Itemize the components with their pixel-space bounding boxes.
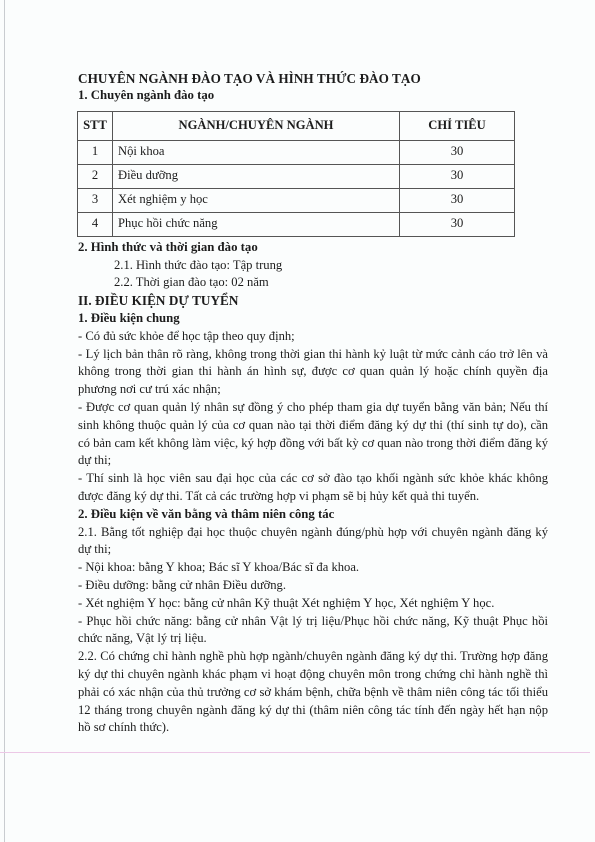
quota-table: STT NGÀNH/CHUYÊN NGÀNH CHỈ TIÊU 1Nội kho… <box>77 111 515 237</box>
cell-stt: 2 <box>78 164 113 188</box>
cell-stt: 3 <box>78 188 113 212</box>
cell-major: Nội khoa <box>113 140 400 164</box>
cell-major: Phục hồi chức năng <box>113 212 400 236</box>
degree-lab-medicine: - Xét nghiệm Y học: bằng cử nhân Kỹ thuậ… <box>78 595 548 613</box>
heading-training-form: 2. Hình thức và thời gian đào tạo <box>78 239 548 257</box>
general-condition-4: - Thí sinh là học viên sau đại học của c… <box>78 470 548 506</box>
col-header-stt: STT <box>78 111 113 140</box>
col-header-quota: CHỈ TIÊU <box>400 111 515 140</box>
heading-specialties: 1. Chuyên ngành đào tạo <box>78 87 548 105</box>
cell-major: Điều dưỡng <box>113 164 400 188</box>
heading-admission-conditions: II. ĐIỀU KIỆN DỰ TUYỂN <box>78 292 548 310</box>
cell-major: Xét nghiệm y học <box>113 188 400 212</box>
table-row: 4Phục hồi chức năng30 <box>78 212 515 236</box>
heading-degree-conditions: 2. Điều kiện về văn bằng và thâm niên cô… <box>78 506 548 524</box>
cell-quota: 30 <box>400 188 515 212</box>
scan-edge-line <box>4 0 5 842</box>
scan-artifact-line <box>0 752 590 753</box>
general-condition-1: - Có đủ sức khỏe để học tập theo quy địn… <box>78 328 548 346</box>
degree-internal-medicine: - Nội khoa: bằng Y khoa; Bác sĩ Y khoa/B… <box>78 559 548 577</box>
cell-stt: 1 <box>78 140 113 164</box>
training-form-item: 2.1. Hình thức đào tạo: Tập trung <box>78 257 548 275</box>
degree-nursing: - Điều dưỡng: bằng cử nhân Điều dưỡng. <box>78 577 548 595</box>
degree-condition-2: 2.2. Có chứng chỉ hành nghề phù hợp ngàn… <box>78 648 548 737</box>
table-row: 3Xét nghiệm y học30 <box>78 188 515 212</box>
table-row: 1Nội khoa30 <box>78 140 515 164</box>
table-header-row: STT NGÀNH/CHUYÊN NGÀNH CHỈ TIÊU <box>78 111 515 140</box>
cell-quota: 30 <box>400 140 515 164</box>
cell-quota: 30 <box>400 212 515 236</box>
degree-rehabilitation: - Phục hồi chức năng: bằng cử nhân Vật l… <box>78 613 548 649</box>
general-condition-2: - Lý lịch bản thân rõ ràng, không trong … <box>78 346 548 399</box>
section-title: CHUYÊN NGÀNH ĐÀO TẠO VÀ HÌNH THỨC ĐÀO TẠ… <box>78 71 548 87</box>
general-condition-3: - Được cơ quan quản lý nhân sự đồng ý ch… <box>78 399 548 470</box>
col-header-major: NGÀNH/CHUYÊN NGÀNH <box>113 111 400 140</box>
heading-general-conditions: 1. Điều kiện chung <box>78 310 548 328</box>
document-page: CHUYÊN NGÀNH ĐÀO TẠO VÀ HÌNH THỨC ĐÀO TẠ… <box>78 71 548 737</box>
cell-stt: 4 <box>78 212 113 236</box>
degree-condition-1: 2.1. Bằng tốt nghiệp đại học thuộc chuyê… <box>78 524 548 560</box>
cell-quota: 30 <box>400 164 515 188</box>
training-duration-item: 2.2. Thời gian đào tạo: 02 năm <box>78 274 548 292</box>
table-row: 2Điều dưỡng30 <box>78 164 515 188</box>
